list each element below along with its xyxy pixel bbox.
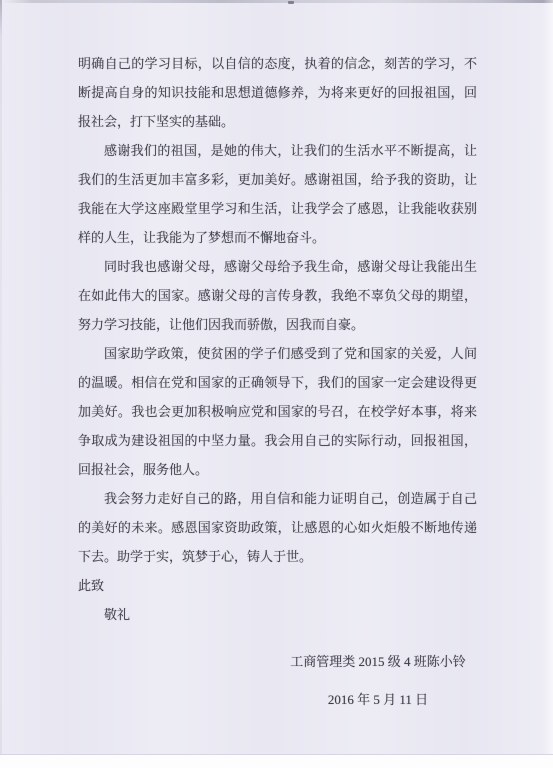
closing-respect: 敬礼	[78, 600, 477, 629]
date-line: 2016 年 5 月 11 日	[198, 685, 553, 714]
body-paragraph: 明确自己的学习目标，以自信的态度，执着的信念，刻苦的学习，不断提高自身的知识技能…	[78, 49, 477, 136]
body-paragraph: 我会努力走好自己的路，用自信和能力证明自己，创造属于自己的美好的未来。感恩国家资…	[78, 484, 477, 571]
scan-dust-mark	[288, 1, 294, 4]
body-paragraph: 国家助学政策，使贫困的学子们感受到了党和国家的关爱，人间的温暖。相信在党和国家的…	[78, 339, 477, 484]
paper-sheet: 明确自己的学习目标，以自信的态度，执着的信念，刻苦的学习，不断提高自身的知识技能…	[0, 0, 553, 755]
scanned-letter-page: 明确自己的学习目标，以自信的态度，执着的信念，刻苦的学习，不断提高自身的知识技能…	[0, 0, 553, 768]
letter-body: 明确自己的学习目标，以自信的态度，执着的信念，刻苦的学习，不断提高自身的知识技能…	[78, 49, 477, 629]
paper-right-edge-highlight	[543, 0, 553, 754]
scan-left-edge-artifact	[0, 0, 2, 754]
scan-top-edge-artifact	[0, 0, 553, 3]
closing-salutation: 此致	[78, 571, 477, 600]
signature-line: 工商管理类 2015 级 4 班陈小铃	[198, 647, 553, 676]
body-paragraph: 同时我也感谢父母，感谢父母给予我生命，感谢父母让我能出生在如此伟大的国家。感谢父…	[78, 252, 477, 339]
signature-block: 工商管理类 2015 级 4 班陈小铃 2016 年 5 月 11 日	[198, 647, 553, 714]
body-paragraph: 感谢我们的祖国，是她的伟大，让我们的生活水平不断提高，让我们的生活更加丰富多彩，…	[78, 136, 477, 252]
